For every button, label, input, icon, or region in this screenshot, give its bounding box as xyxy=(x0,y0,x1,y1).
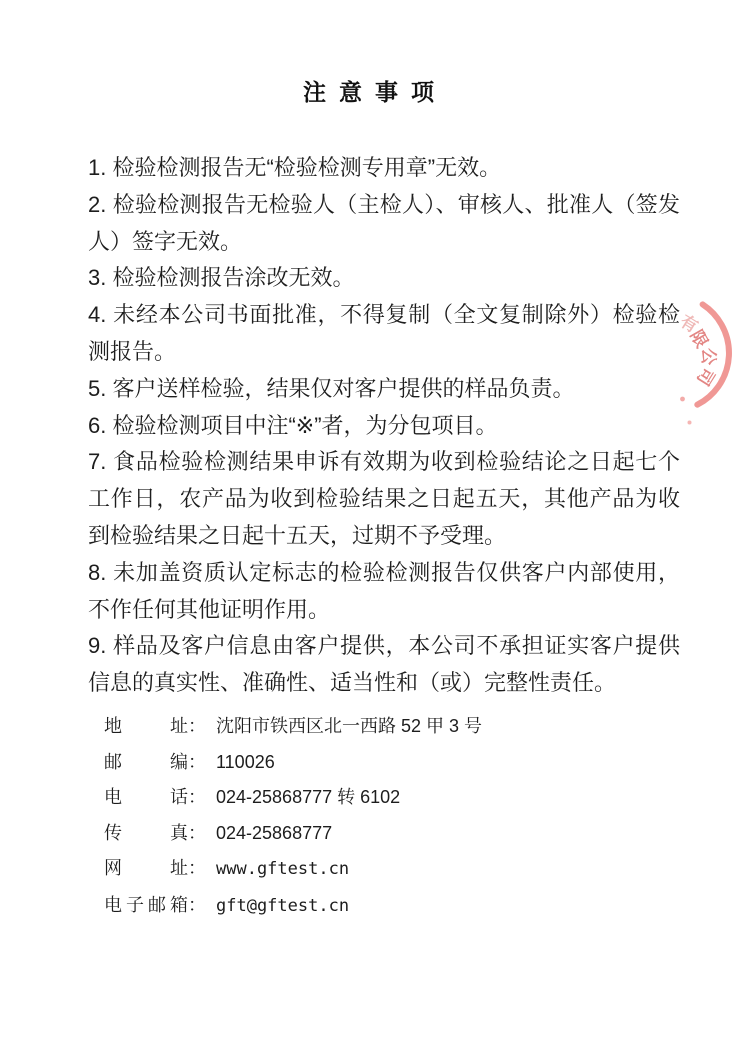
label-colon: ： xyxy=(188,851,206,887)
label-colon: ： xyxy=(188,745,206,781)
contact-value-email: gft@gftest.cn xyxy=(216,889,349,925)
seal-char: 限 xyxy=(687,327,712,351)
note-item-5: 5. 客户送样检验，结果仅对客户提供的样品负责。 xyxy=(88,371,680,408)
note-item-7: 7. 食品检验检测结果申诉有效期为收到检验结论之日起七个工作日，农产品为收到检验… xyxy=(88,444,680,554)
contact-label-website: 网址 xyxy=(104,851,188,887)
document-page: 注意事项 1. 检验检测报告无“检验检测专用章”无效。 2. 检验检测报告无检验… xyxy=(0,0,750,1052)
note-item-3: 3. 检验检测报告涂改无效。 xyxy=(88,260,680,297)
contact-label-zipcode: 邮编 xyxy=(104,745,188,781)
contact-label-fax: 传真 xyxy=(104,816,188,852)
note-item-8: 8. 未加盖资质认定标志的检验检测报告仅供客户内部使用，不作任何其他证明作用。 xyxy=(88,555,680,629)
contact-block: 地址：沈阳市铁西区北一西路 52 甲 3 号 邮编：110026 电话：024-… xyxy=(104,709,482,924)
contact-value-address: 沈阳市铁西区北一西路 52 甲 3 号 xyxy=(216,709,482,745)
notes-list: 1. 检验检测报告无“检验检测专用章”无效。 2. 检验检测报告无检验人（主检人… xyxy=(88,150,680,702)
contact-row-website: 网址：www.gftest.cn xyxy=(104,851,482,888)
label-colon: ： xyxy=(188,780,206,816)
seal-ink-speck xyxy=(680,397,685,402)
label-colon: ： xyxy=(188,888,206,924)
note-item-6: 6. 检验检测项目中注“※”者，为分包项目。 xyxy=(88,408,680,445)
contact-value-zipcode: 110026 xyxy=(216,745,275,781)
contact-row-phone: 电话：024-25868777 转 6102 xyxy=(104,780,482,816)
seal-ink-speck xyxy=(688,421,692,425)
contact-value-website: www.gftest.cn xyxy=(216,852,349,888)
seal-char: 司 xyxy=(693,364,718,388)
contact-row-email: 电子邮箱：gft@gftest.cn xyxy=(104,888,482,925)
note-item-9: 9. 样品及客户信息由客户提供，本公司不承担证实客户提供信息的真实性、准确性、适… xyxy=(88,628,680,702)
contact-value-fax: 024-25868777 xyxy=(216,816,332,852)
page-title: 注意事项 xyxy=(0,74,750,107)
note-item-4: 4. 未经本公司书面批准，不得复制（全文复制除外）检验检测报告。 xyxy=(88,297,680,371)
seal-char: 公 xyxy=(699,348,719,366)
label-colon: ： xyxy=(188,816,206,852)
contact-label-email: 电子邮箱 xyxy=(104,888,188,924)
contact-label-phone: 电话 xyxy=(104,780,188,816)
label-colon: ： xyxy=(188,709,206,745)
seal-ring xyxy=(697,304,729,404)
contact-row-fax: 传真：024-25868777 xyxy=(104,816,482,852)
contact-label-address: 地址 xyxy=(104,709,188,745)
contact-row-address: 地址：沈阳市铁西区北一西路 52 甲 3 号 xyxy=(104,709,482,745)
note-item-2: 2. 检验检测报告无检验人（主检人）、审核人、批准人（签发人）签字无效。 xyxy=(88,187,680,261)
note-item-1: 1. 检验检测报告无“检验检测专用章”无效。 xyxy=(88,150,680,187)
contact-value-phone: 024-25868777 转 6102 xyxy=(216,780,400,816)
contact-row-zipcode: 邮编：110026 xyxy=(104,745,482,781)
seal-char: 有 xyxy=(677,311,702,337)
